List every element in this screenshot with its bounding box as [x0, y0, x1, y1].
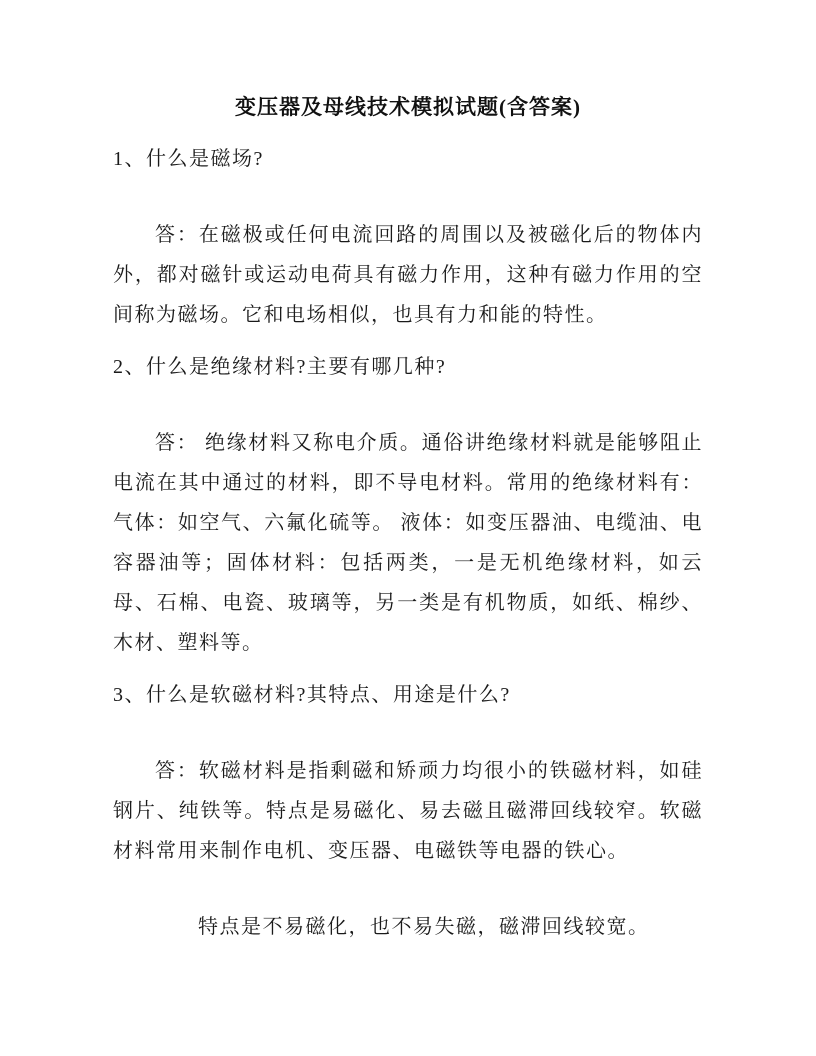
answer-2: 答： 绝缘材料又称电介质。通俗讲绝缘材料就是能够阻止电流在其中通过的材料，即不导… [113, 423, 703, 663]
question-1: 1、什么是磁场? [113, 139, 703, 179]
answer-1: 答：在磁极或任何电流回路的周围以及被磁化后的物体内外，都对磁针或运动电荷具有磁力… [113, 215, 703, 335]
answer-3-note: 特点是不易磁化，也不易失磁，磁滞回线较宽。 [113, 907, 703, 947]
answer-3: 答：软磁材料是指剩磁和矫顽力均很小的铁磁材料，如硅钢片、纯铁等。特点是易磁化、易… [113, 751, 703, 871]
document-title: 变压器及母线技术模拟试题(含答案) [113, 87, 703, 127]
question-3: 3、什么是软磁材料?其特点、用途是什么? [113, 675, 703, 715]
document-page: 变压器及母线技术模拟试题(含答案) 1、什么是磁场? 答：在磁极或任何电流回路的… [0, 0, 816, 1056]
question-2: 2、什么是绝缘材料?主要有哪几种? [113, 347, 703, 387]
document-content: 变压器及母线技术模拟试题(含答案) 1、什么是磁场? 答：在磁极或任何电流回路的… [0, 0, 703, 947]
